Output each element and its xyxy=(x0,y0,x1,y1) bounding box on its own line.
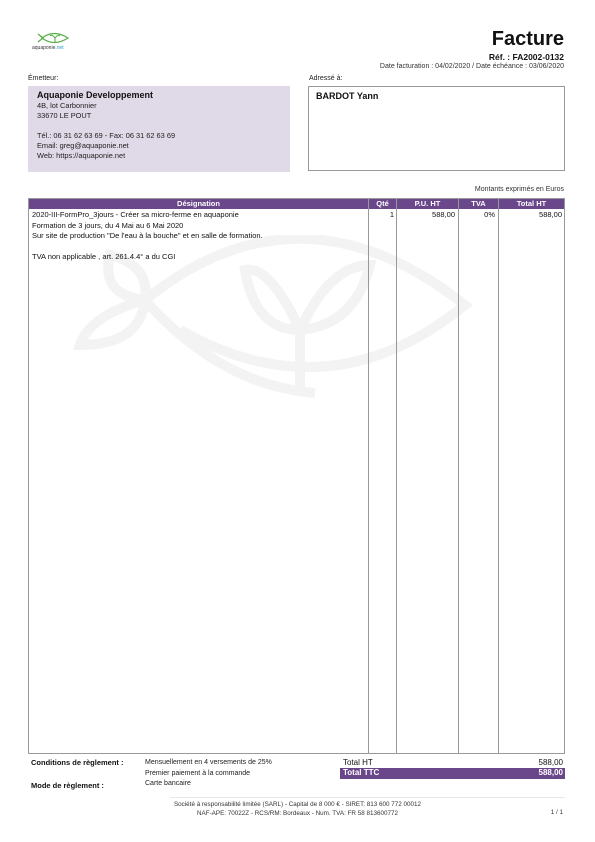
footer-line1: Société à responsabilité limitée (SARL) … xyxy=(0,800,595,809)
recipient-label: Adressé à: xyxy=(309,75,342,82)
emitter-label: Émetteur: xyxy=(28,75,58,82)
total-ht-value: 588,00 xyxy=(539,758,563,767)
total-ht-row: Total HT 588,00 xyxy=(340,758,565,768)
company-logo: aquaponie.net xyxy=(30,31,82,55)
invoice-reference: Réf. : FA2002-0132 xyxy=(489,52,564,62)
column-header-vat: TVA xyxy=(459,199,498,209)
emitter-phone: Tél.: 06 31 62 63 69 - Fax: 06 31 62 63 … xyxy=(37,131,281,141)
legal-footer: Société à responsabilité limitée (SARL) … xyxy=(0,800,595,818)
payment-mode-value: Carte bancaire xyxy=(145,780,191,787)
line-unit-price: 588,00 xyxy=(397,210,455,221)
column-header-qty: Qté xyxy=(369,199,396,209)
emitter-box: Aquaponie Developpement 4B, lot Carbonni… xyxy=(28,86,290,172)
column-divider xyxy=(396,199,397,753)
invoice-dates: Date facturation : 04/02/2020 / Date éch… xyxy=(380,63,564,70)
page-number: 1 / 1 xyxy=(551,809,563,816)
emitter-web: Web: https://aquaponie.net xyxy=(37,151,281,161)
footer-divider xyxy=(170,797,565,798)
column-header-designation: Désignation xyxy=(29,199,368,209)
column-divider xyxy=(498,199,499,753)
invoice-lines-table: Désignation Qté P.U. HT TVA Total HT 202… xyxy=(28,198,565,754)
line-total: 588,00 xyxy=(499,210,562,221)
footer-line2: NAF-APE: 70022Z - RCS/RM: Bordeaux - Num… xyxy=(0,809,595,818)
column-header-total: Total HT xyxy=(499,199,564,209)
currency-note: Montants exprimés en Euros xyxy=(475,186,564,193)
document-title: Facture xyxy=(492,28,564,51)
payment-conditions-value: Mensuellement en 4 versements de 25% Pre… xyxy=(145,758,272,779)
payment-mode-label: Mode de règlement : xyxy=(31,781,104,790)
column-divider xyxy=(458,199,459,753)
total-ttc-row: Total TTC 588,00 xyxy=(340,768,565,779)
line-vat: 0% xyxy=(459,210,495,221)
line-designation: 2020-III-FormPro_3jours - Créer sa micro… xyxy=(32,210,263,263)
fish-sprout-logo-icon xyxy=(36,31,76,45)
emitter-email: Email: greg@aquaponie.net xyxy=(37,141,281,151)
total-ttc-value: 588,00 xyxy=(539,768,563,777)
payment-conditions-label: Conditions de règlement : xyxy=(31,758,124,767)
recipient-name: BARDOT Yann xyxy=(316,91,564,101)
total-ttc-label: Total TTC xyxy=(343,768,379,777)
emitter-address-line1: 4B, lot Carbonnier xyxy=(37,101,281,111)
column-divider xyxy=(368,199,369,753)
recipient-box: BARDOT Yann xyxy=(308,86,565,171)
payment-conditions-line1: Mensuellement en 4 versements de 25% xyxy=(145,758,272,769)
emitter-address-line2: 33670 LE POUT xyxy=(37,111,281,121)
line-qty: 1 xyxy=(369,210,394,221)
total-ht-label: Total HT xyxy=(343,758,373,767)
payment-conditions-line2: Premier paiement à la commande xyxy=(145,769,272,780)
column-header-unit-price: P.U. HT xyxy=(397,199,458,209)
logo-text: aquaponie.net xyxy=(32,45,64,51)
emitter-name: Aquaponie Developpement xyxy=(37,90,281,100)
